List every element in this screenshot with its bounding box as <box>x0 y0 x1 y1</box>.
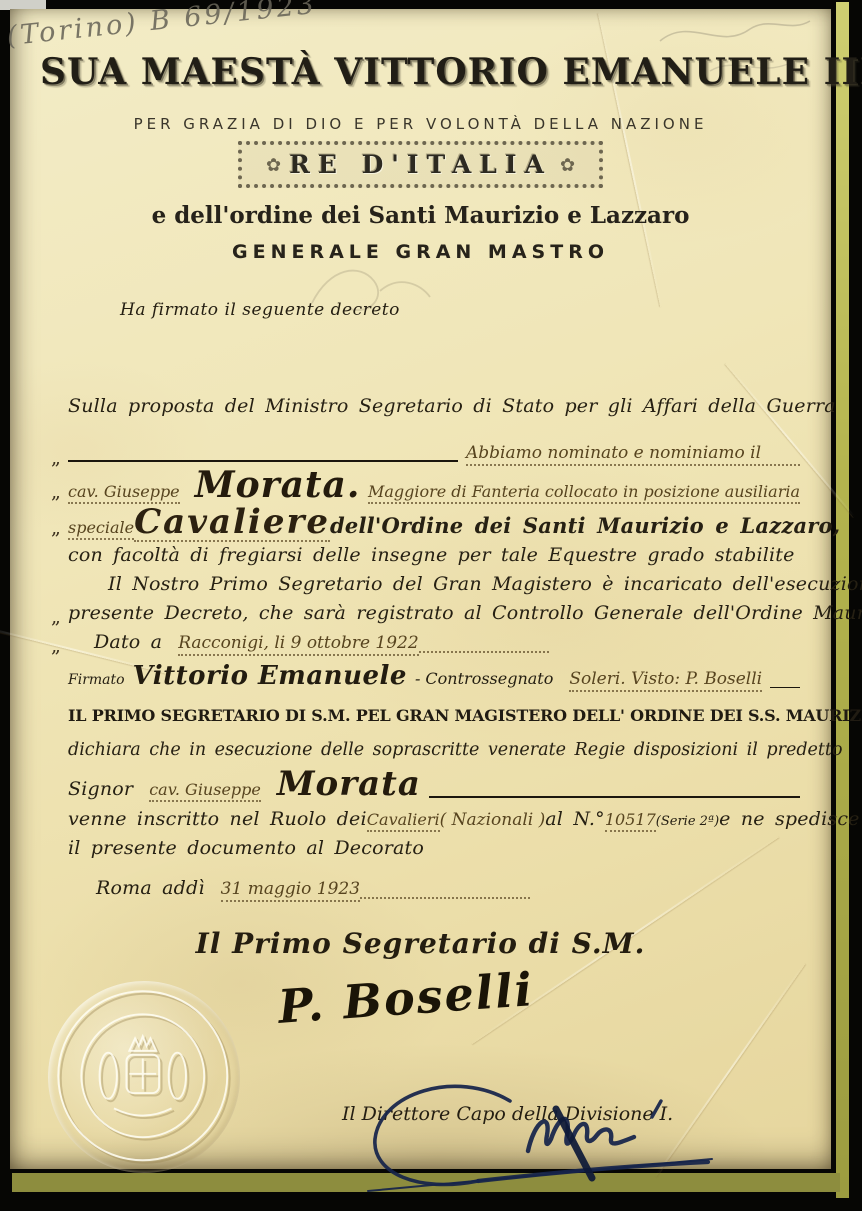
signor-line: Signor cav. Giuseppe Morata <box>68 767 800 802</box>
margin-quote-mark: „ <box>51 606 61 628</box>
ruled-line <box>429 782 800 798</box>
order-of-text: dell'Ordine dei Santi Maurizio e Lazzaro… <box>330 513 840 538</box>
rank-line: „ speciale Cavaliere dell'Ordine dei San… <box>68 505 800 542</box>
rank-detail-fill: Maggiore di Fanteria collocato in posizi… <box>368 482 800 504</box>
rank-fill: Cavaliere <box>134 505 330 542</box>
name-prefix-fill: cav. Giuseppe <box>68 482 180 504</box>
king-of-italy-title: RE D'ITALIA <box>289 150 552 179</box>
insignia-text: con facoltà di fregiarsi delle insegne p… <box>68 544 795 566</box>
signed-label: Firmato <box>68 672 125 688</box>
scan-edge-strip-right <box>836 2 849 1198</box>
document-line: il presente documento al Decorato <box>68 837 800 859</box>
series-note: (Serie 2ª) <box>656 814 719 829</box>
name-line: „ cav. Giuseppe Morata. Maggiore di Fant… <box>68 467 800 504</box>
king-signature-print: Vittorio Emanuele <box>133 661 407 691</box>
roll-type-fill: ( Nazionali ) <box>440 810 546 830</box>
charge-line-1: Il Nostro Primo Segretario del Gran Magi… <box>68 573 800 595</box>
margin-quote-mark: „ <box>51 517 61 539</box>
royal-seal-relief <box>48 981 240 1173</box>
secretary-title-line: Il Primo Segretario di S.M. <box>10 927 831 960</box>
proposal-text: Sulla proposta del Ministro Segretario d… <box>68 395 836 417</box>
dotted-leader <box>360 883 530 899</box>
order-line: e dell'ordine dei Santi Maurizio e Lazza… <box>10 202 831 229</box>
countersigned-label: - Controssegnato <box>415 669 553 688</box>
number-fill: 10517 <box>605 810 656 832</box>
special-fill: speciale <box>68 518 134 540</box>
embossed-royal-seal <box>48 981 240 1173</box>
ruled-line <box>770 672 800 688</box>
declaration-line: dichiara che in esecuzione delle soprasc… <box>68 740 800 760</box>
signor-surname-fill: Morata <box>277 767 421 801</box>
grand-master-line: GENERALE GRAN MASTRO <box>10 241 831 263</box>
place-date-fill: 31 maggio 1923 <box>221 879 360 902</box>
king-of-italy-banner: ✿RE D'ITALIA✿ <box>10 141 831 188</box>
charge-line-2: „ presente Decreto, che sarà registrato … <box>68 602 800 624</box>
declaration-text: dichiara che in esecuzione delle soprasc… <box>68 740 843 760</box>
nomination-line: „ Abbiamo nominato e nominiamo il <box>68 443 800 466</box>
roll-fill: Cavalieri <box>367 810 440 832</box>
floral-ornament-icon: ✿ <box>258 155 289 176</box>
dotted-leader <box>419 637 549 653</box>
nomination-fill: Abbiamo nominato e nominiamo il <box>466 443 800 466</box>
ruled-line <box>68 446 458 462</box>
margin-quote-mark: „ <box>51 481 61 503</box>
document-text: il presente documento al Decorato <box>68 837 424 859</box>
insignia-line: con facoltà di fregiarsi delle insegne p… <box>68 544 800 566</box>
proposal-line: Sulla proposta del Ministro Segretario d… <box>68 395 800 417</box>
countersigned-fill: Soleri. Visto: P. Boselli <box>569 669 762 692</box>
margin-quote-mark: „ <box>51 635 61 657</box>
surname-fill: Morata. <box>195 467 361 503</box>
charge-text-2: presente Decreto, che sarà registrato al… <box>68 602 862 624</box>
given-at-line: „ Dato a Racconigi, li 9 ottobre 1922 <box>68 631 800 656</box>
signor-label: Signor <box>68 778 133 800</box>
decree-paper: (Torino) B 69/1923 SUA MAESTÀ VITTORIO E… <box>10 9 831 1169</box>
roll-line: venne inscritto nel Ruolo dei Cavalieri … <box>68 808 800 832</box>
roll-text-start: venne inscritto nel Ruolo dei <box>68 808 367 830</box>
majesty-title: SUA MAESTÀ VITTORIO EMANUELE III <box>40 51 821 93</box>
scanned-decree-document: (Torino) B 69/1923 SUA MAESTÀ VITTORIO E… <box>0 0 862 1211</box>
signed-line: Firmato Vittorio Emanuele - Controssegna… <box>68 661 800 692</box>
decree-intro-line: Ha firmato il seguente decreto <box>120 300 400 320</box>
pencil-archive-annotation: (Torino) B 69/1923 <box>5 0 318 52</box>
number-label: al N.° <box>545 808 605 830</box>
place-date-line: Roma addì 31 maggio 1923 <box>68 877 800 902</box>
margin-quote-mark: „ <box>51 447 61 469</box>
registrar-heading: IL PRIMO SEGRETARIO DI S.M. PEL GRAN MAG… <box>68 706 803 725</box>
signor-fill: cav. Giuseppe <box>149 780 261 802</box>
given-at-label: Dato a <box>94 631 162 653</box>
director-signature-flourish <box>360 1077 760 1205</box>
charge-text-1: Il Nostro Primo Segretario del Gran Magi… <box>68 573 862 595</box>
place-date-label: Roma addì <box>96 877 205 899</box>
floral-ornament-icon: ✿ <box>552 155 583 176</box>
secretary-signature: P. Boselli <box>276 962 535 1034</box>
roll-text-end: e ne spedisce <box>719 808 859 830</box>
given-at-fill: Racconigi, li 9 ottobre 1922 <box>178 633 418 656</box>
grace-line: PER GRAZIA DI DIO E PER VOLONTÀ DELLA NA… <box>10 115 831 133</box>
